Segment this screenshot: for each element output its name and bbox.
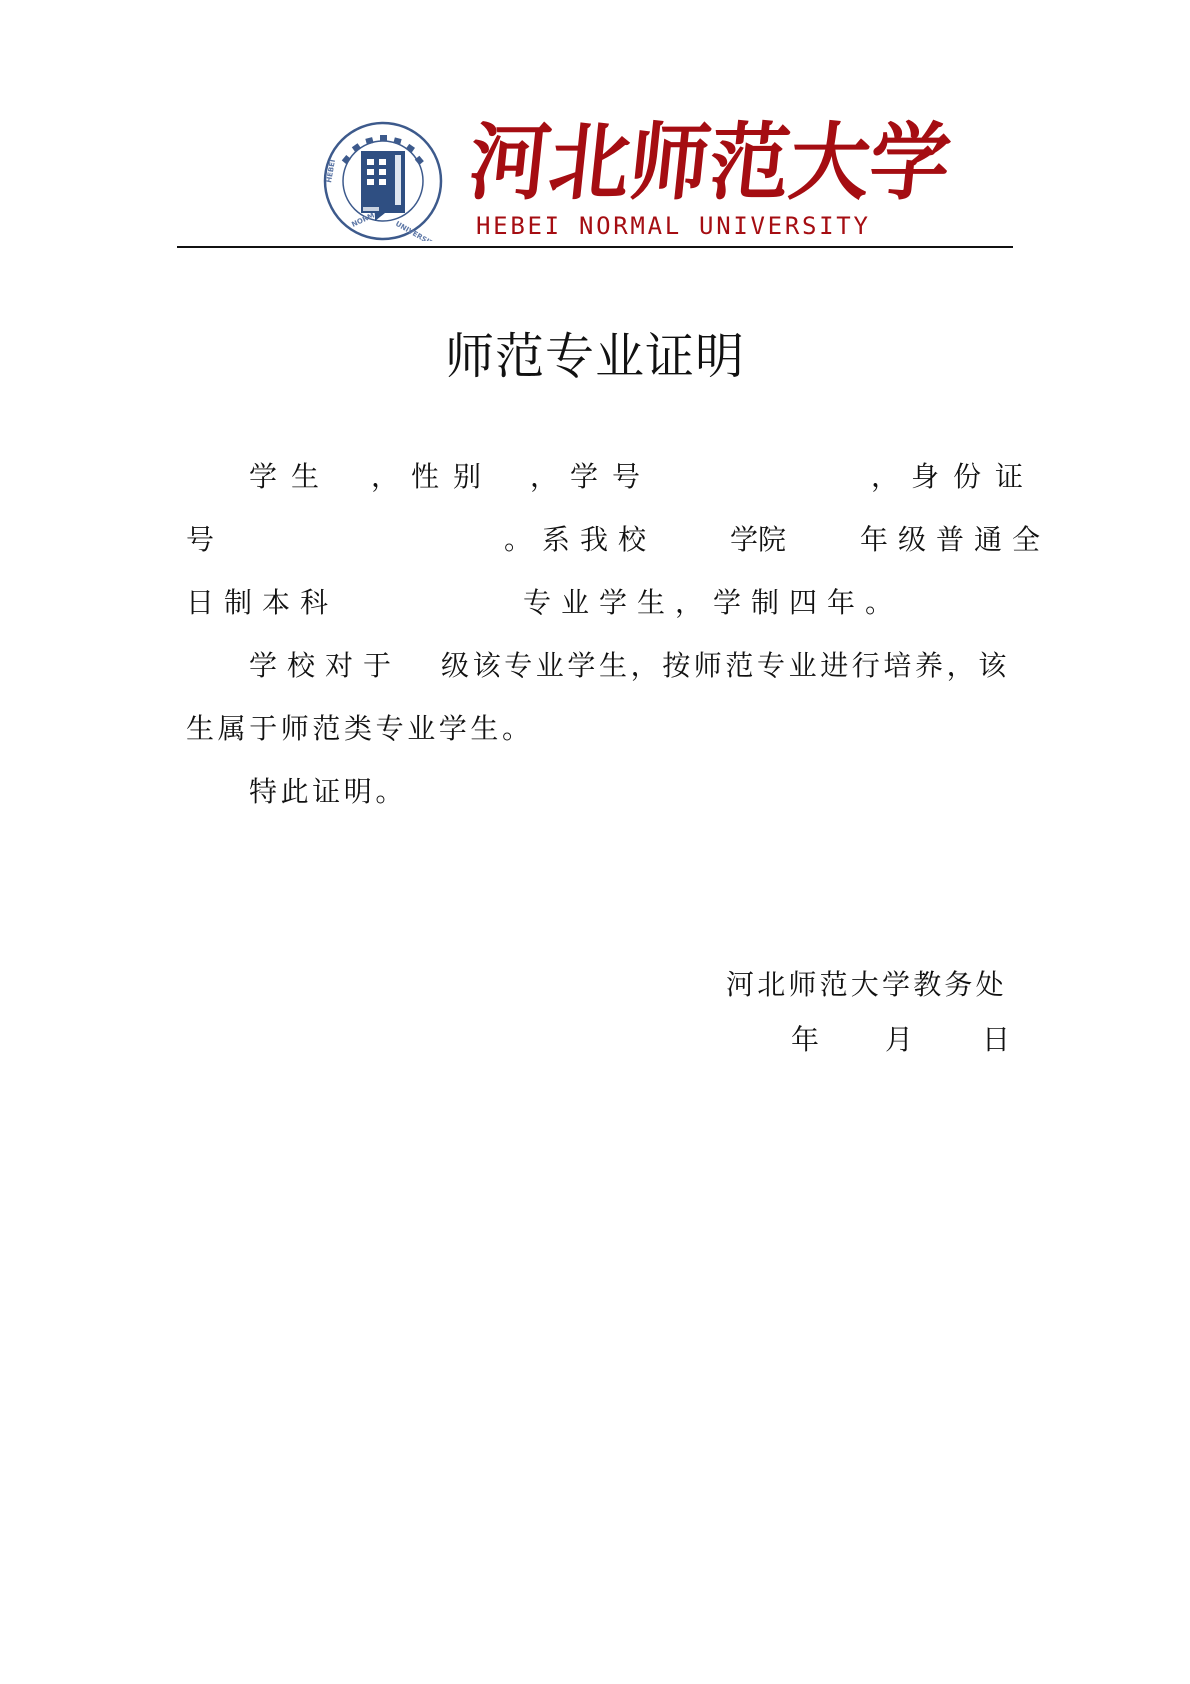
brand-letter: R — [785, 214, 799, 238]
brand-letter: A — [648, 214, 662, 238]
page-title: 师范专业证明 — [0, 328, 1190, 386]
date-year-label: 年 — [791, 1023, 819, 1057]
brand-char: 北 — [546, 120, 635, 204]
brand-letter: B — [510, 214, 524, 238]
brand-letter: I — [733, 214, 747, 238]
label-id-card-cont: 号 — [186, 523, 214, 557]
brand-char: 师 — [626, 120, 715, 204]
university-seal-logo: HEBEI NORMAL UNIVERSITY — [323, 121, 443, 241]
text-normal-training: 级该专业学生，按师范专业进行培养，该 — [441, 649, 1010, 683]
label-student: 学生 — [249, 460, 333, 494]
brand-letter: V — [751, 214, 765, 238]
brand-letter: I — [545, 214, 559, 238]
brand-letter: O — [596, 214, 610, 238]
brand-letter: L — [665, 214, 679, 238]
brand-letter — [562, 214, 576, 238]
brand-letter: R — [613, 214, 627, 238]
brand-letter: N — [579, 214, 593, 238]
body-line-1: 学生 ， 性别 ， 学号 ， 身份证 — [0, 460, 1190, 494]
comma: ， — [371, 460, 399, 494]
brand-char: 范 — [706, 120, 795, 204]
header-divider — [177, 246, 1013, 248]
text-hereby-certify: 特此证明。 — [249, 775, 407, 809]
brand-letter: E — [527, 214, 541, 238]
text-enrolled-at: 。系我校 — [504, 523, 656, 557]
university-name-en: HEBEI NORMAL UNIVERSITY — [476, 213, 868, 239]
brand-char: 大 — [786, 120, 875, 204]
brand-letter: I — [819, 214, 833, 238]
text-major-duration: 专业学生，学制四年。 — [523, 586, 903, 620]
body-line-3: 日制本科 专业学生，学制四年。 — [0, 586, 1190, 620]
seal-emblem-icon: HEBEI NORMAL UNIVERSITY — [323, 121, 443, 241]
brand-letter: M — [630, 214, 644, 238]
label-student-id: 学号 — [570, 460, 654, 494]
label-college: 学院 — [730, 523, 786, 557]
brand-letter: S — [802, 214, 816, 238]
brand-letter: N — [716, 214, 730, 238]
label-gender: 性别 — [411, 460, 495, 494]
brand-letter: Y — [853, 214, 867, 238]
body-line-5: 生属于师范类专业学生。 — [0, 712, 1190, 746]
brand-letter: T — [836, 214, 850, 238]
text-grade-fulltime: 年级普通全 — [860, 523, 1050, 557]
body-line-4: 学校对于 级该专业学生，按师范专业进行培养，该 — [0, 649, 1190, 683]
issuer-signature: 河北师范大学教务处 — [726, 968, 1007, 1002]
label-id-card: 身份证 — [911, 460, 1037, 494]
date-day-label: 日 — [982, 1023, 1010, 1057]
brand-letter — [682, 214, 696, 238]
text-undergrad: 日制本科 — [186, 586, 338, 620]
comma: ， — [530, 460, 558, 494]
brand-char: 河 — [466, 120, 555, 204]
brand-letter: E — [768, 214, 782, 238]
text-normal-student: 生属于师范类专业学生。 — [186, 712, 534, 746]
brand-letter: U — [699, 214, 713, 238]
body-line-2: 号 。系我校 学院 年级普通全 — [0, 523, 1190, 557]
body-line-6: 特此证明。 — [0, 775, 1190, 809]
university-name-cn: 河 北 师 范 大 学 — [470, 114, 880, 210]
brand-char: 学 — [866, 120, 955, 204]
date-month-label: 月 — [885, 1023, 913, 1057]
text-school-regarding: 学校对于 — [249, 649, 401, 683]
comma: ， — [871, 460, 899, 494]
brand-letter: H — [476, 214, 490, 238]
brand-letter: E — [493, 214, 507, 238]
